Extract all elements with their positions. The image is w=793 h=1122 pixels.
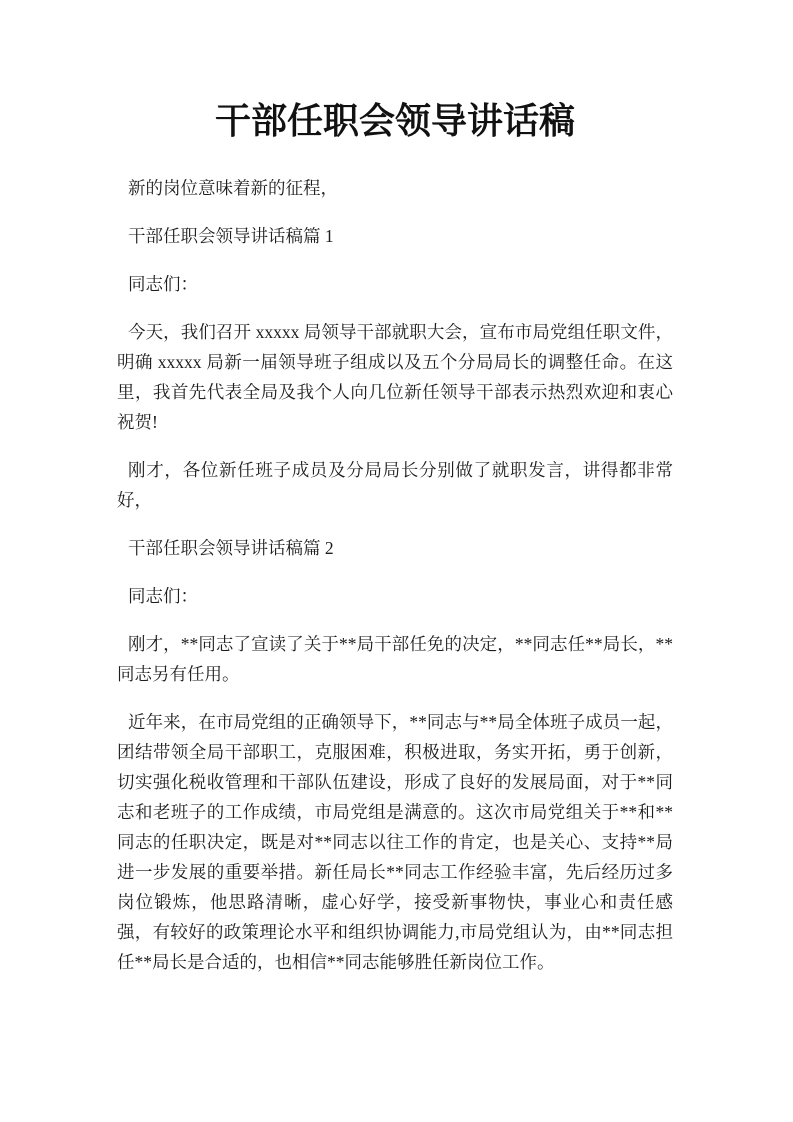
paragraph-appointment-decision: 刚才，**同志了宣读了关于**局干部任免的决定，**同志任**局长，**同志另有… xyxy=(117,629,673,689)
paragraph-work-evaluation: 近年来，在市局党组的正确领导下，**同志与**局全体班子成员一起，团结带领全局干… xyxy=(117,707,673,977)
salutation-1: 同志们： xyxy=(117,269,673,299)
paragraph-meeting-announcement: 今天，我们召开 xxxxx 局领导干部就职大会，宣布市局党组任职文件，明确 xx… xyxy=(117,317,673,437)
document-page: 干部任职会领导讲话稿 新的岗位意味着新的征程， 干部任职会领导讲话稿篇 1 同志… xyxy=(0,0,793,1122)
paragraph-opening: 新的岗位意味着新的征程， xyxy=(117,173,673,203)
section-title-part-2: 干部任职会领导讲话稿篇 2 xyxy=(117,533,673,563)
document-title: 干部任职会领导讲话稿 xyxy=(117,101,673,141)
paragraph-inaugural-speeches: 刚才，各位新任班子成员及分局局长分别做了就职发言，讲得都非常好， xyxy=(117,455,673,515)
salutation-2: 同志们： xyxy=(117,581,673,611)
section-title-part-1: 干部任职会领导讲话稿篇 1 xyxy=(117,221,673,251)
